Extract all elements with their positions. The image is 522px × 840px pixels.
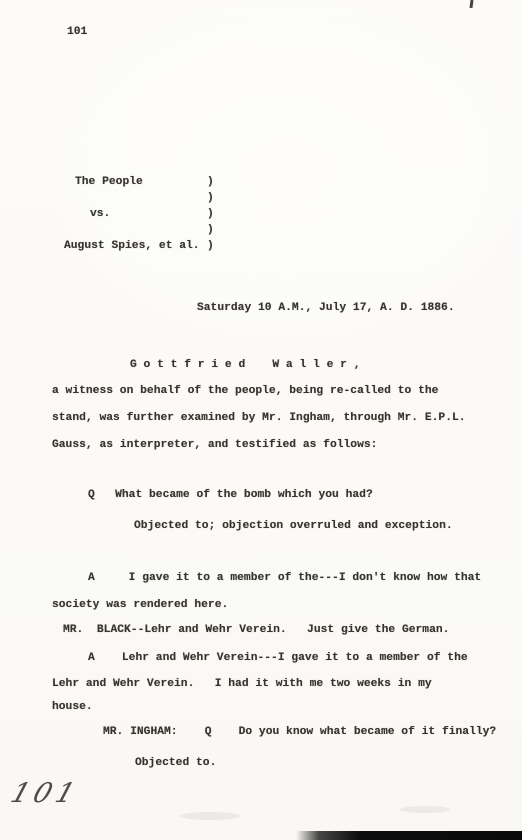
- session-dateline: Saturday 10 A.M., July 17, A. D. 1886.: [197, 302, 455, 315]
- scanned-transcript-page: 101 The People vs. August Spies, et al. …: [0, 0, 522, 840]
- caption-plaintiff: The People: [75, 176, 143, 189]
- transcript-line-objection: Objected to.: [135, 757, 216, 770]
- witness-name-heading: G o t t f r i e d W a l l e r ,: [130, 359, 361, 372]
- transcript-line-mr-ingham: MR. INGHAM: Q Do you know what became of…: [103, 726, 496, 739]
- transcript-line: a witness on behalf of the people, being…: [52, 385, 438, 398]
- caption-bracket: ): [207, 176, 214, 189]
- transcript-line-question: Q What became of the bomb which you had?: [88, 489, 373, 502]
- caption-bracket: ): [207, 240, 214, 253]
- transcript-line-answer: A I gave it to a member of the---I don't…: [88, 572, 481, 585]
- transcript-line: Lehr and Wehr Verein. I had it with me t…: [52, 678, 432, 691]
- transcript-line: house.: [52, 701, 93, 714]
- scan-smudge: [400, 806, 450, 813]
- caption-defendant: August Spies, et al.: [64, 240, 200, 253]
- caption-vs: vs.: [90, 208, 110, 221]
- caption-bracket: ): [207, 192, 214, 205]
- transcript-line-mr-black: MR. BLACK--Lehr and Wehr Verein. Just gi…: [63, 624, 449, 637]
- transcript-line: Gauss, as interpreter, and testified as …: [52, 439, 377, 452]
- scan-edge-artifact: [296, 831, 522, 840]
- scan-edge-mark: [469, 0, 473, 8]
- transcript-line-objection: Objected to; objection overruled and exc…: [134, 520, 453, 533]
- handwritten-page-number: 101: [7, 778, 84, 809]
- caption-bracket: ): [207, 224, 214, 237]
- caption-bracket: ): [207, 208, 214, 221]
- typed-page-number: 101: [67, 26, 87, 39]
- transcript-line: society was rendered here.: [52, 599, 228, 612]
- transcript-line: stand, was further examined by Mr. Ingha…: [52, 412, 466, 425]
- transcript-line-answer: A Lehr and Wehr Verein---I gave it to a …: [88, 652, 468, 665]
- scan-smudge: [180, 812, 240, 820]
